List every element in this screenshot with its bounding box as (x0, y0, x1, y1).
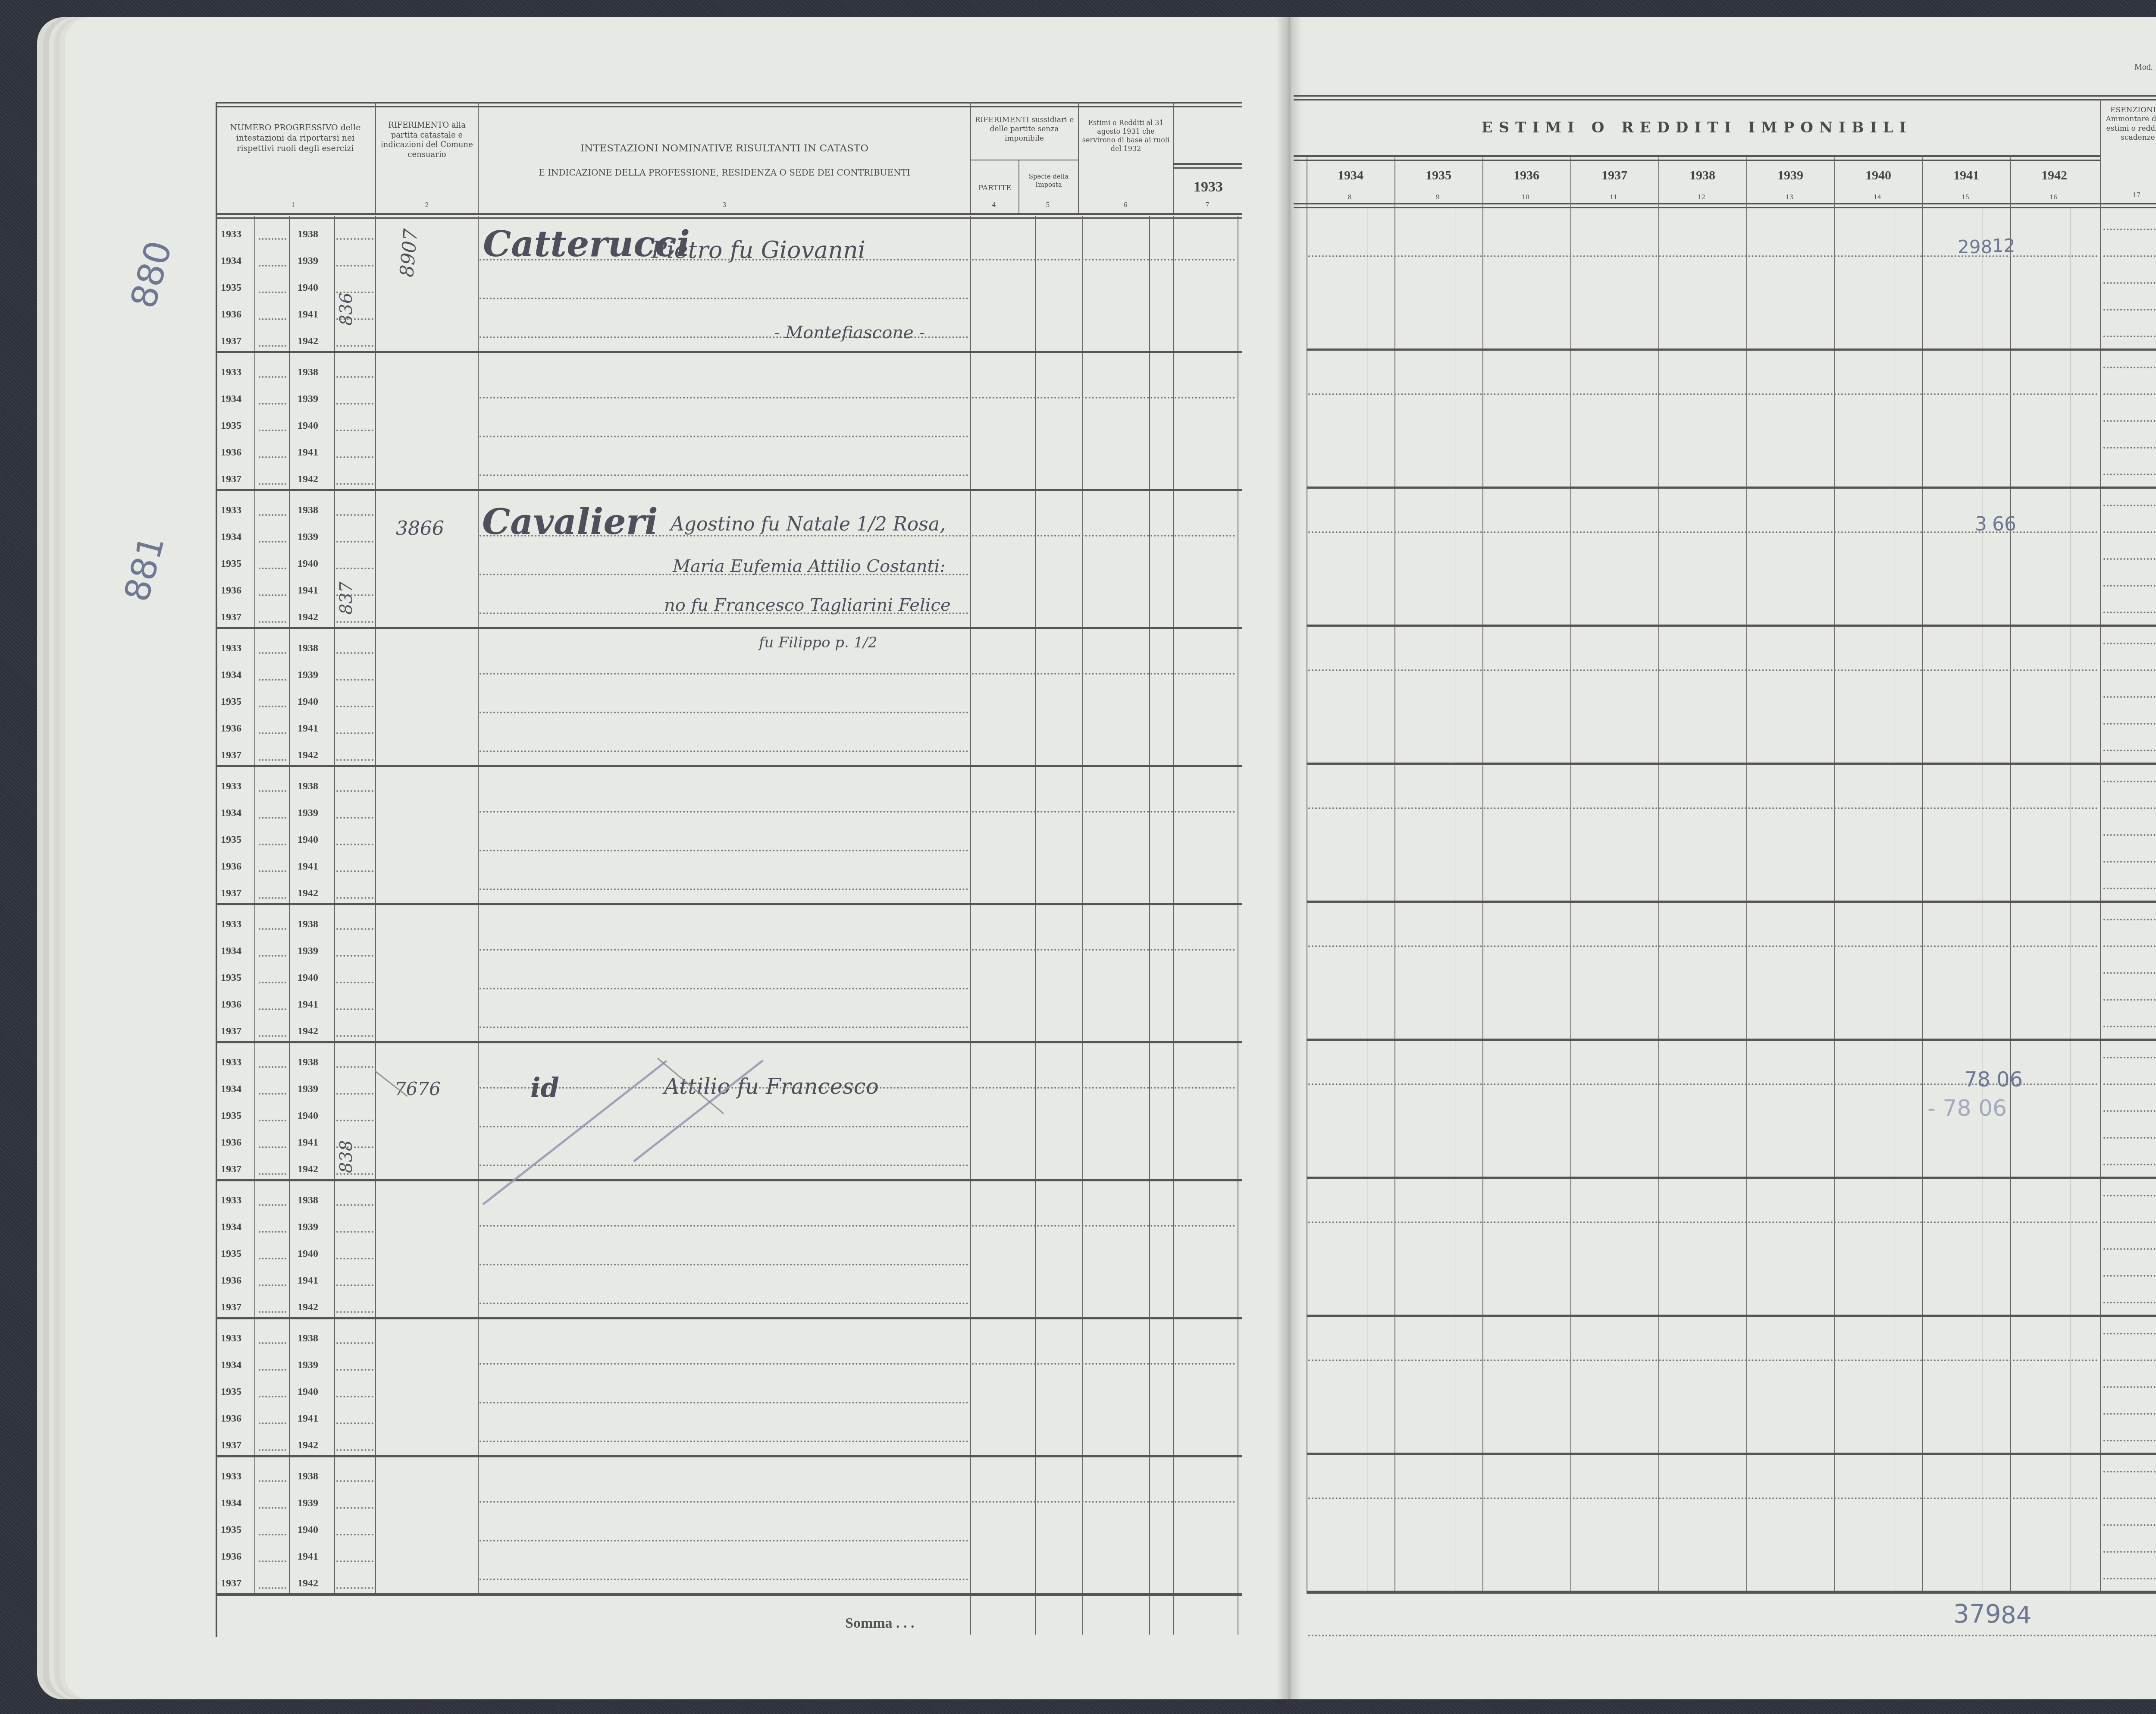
body-divider (1173, 216, 1174, 1635)
dotted-line (259, 1066, 286, 1068)
dotted-line (259, 456, 286, 458)
dotted-line (259, 679, 286, 681)
dotted-line (2103, 420, 2156, 422)
dotted-line (336, 1396, 373, 1397)
dotted-line (2103, 1524, 2156, 1526)
year-header: 1937 (1570, 168, 1658, 183)
dotted-line (479, 1402, 968, 1403)
dotted-line (336, 928, 373, 930)
column-number: 17 (2128, 192, 2145, 199)
year-right: 1942 (298, 336, 318, 347)
column-number: 7 (1199, 202, 1216, 209)
year-left: 1934 (221, 393, 241, 405)
dotted-line (2103, 367, 2156, 368)
year-left: 1937 (221, 1164, 241, 1175)
year-left: 1933 (221, 229, 241, 240)
dotted-line (336, 1342, 373, 1344)
year-left: 1937 (221, 474, 241, 485)
dotted-line (479, 298, 968, 299)
year-column-divider (1395, 157, 1395, 1594)
year-left: 1935 (221, 834, 241, 846)
block-rule (216, 765, 1242, 767)
value-1941-cents-entry-880: 12 (1992, 235, 2015, 256)
dotted-line (336, 621, 373, 623)
year-column-divider (1834, 157, 1835, 1594)
dotted-line (259, 483, 286, 485)
header-divider (375, 102, 376, 213)
dotted-line (2103, 558, 2156, 560)
body-divider (478, 216, 479, 1596)
dotted-line (2103, 1551, 2156, 1553)
dotted-line (2103, 1195, 2156, 1196)
dotted-line (336, 870, 373, 872)
year-header: 1942 (2010, 168, 2098, 183)
column-number: 15 (1957, 194, 1974, 201)
sum-top-rule (216, 1594, 1242, 1596)
dotted-line (259, 1120, 286, 1121)
year-left: 1933 (221, 781, 241, 792)
dotted-line (479, 712, 968, 713)
column-number: 14 (1869, 194, 1886, 201)
dotted-line (2103, 999, 2156, 1001)
year-left: 1936 (221, 1551, 241, 1563)
column-number: 6 (1117, 202, 1134, 209)
year-left: 1935 (221, 972, 241, 984)
dotted-line (259, 982, 286, 983)
dotted-line (479, 1165, 968, 1166)
dotted-line (336, 1173, 373, 1175)
year-left: 1933 (221, 643, 241, 654)
year-left: 1934 (221, 669, 241, 681)
year-right: 1942 (298, 1578, 318, 1589)
dotted-line (259, 955, 286, 957)
dotted-line (259, 1587, 286, 1589)
year-left: 1934 (221, 1083, 241, 1095)
year-left: 1937 (221, 750, 241, 761)
year-left: 1936 (221, 585, 241, 596)
dotted-line (259, 1560, 286, 1562)
body-divider (1238, 216, 1238, 1635)
dotted-line (1308, 1635, 2156, 1636)
year-right: 1941 (298, 1137, 318, 1149)
table-left-rule (216, 102, 217, 1637)
header-divider (1173, 102, 1174, 213)
year-column-divider (1307, 157, 1307, 1594)
dotted-line (479, 1303, 968, 1304)
dotted-line (972, 535, 1235, 537)
coowners-line-4: fu Filippo p. 1/2 (759, 634, 877, 651)
dotted-line (2103, 888, 2156, 889)
dotted-line (1308, 807, 2098, 809)
header-divider (2100, 99, 2101, 203)
dotted-line (479, 1363, 968, 1365)
year-left: 1933 (221, 1471, 241, 1482)
header-divider (970, 102, 971, 213)
dotted-line (259, 1146, 286, 1148)
dotted-line (2103, 750, 2156, 751)
dotted-line (336, 1284, 373, 1286)
coowners-line-2: Maria Eufemia Attilio Costanti: (673, 556, 946, 576)
column-number: 2 (418, 202, 436, 209)
dotted-line (479, 888, 968, 890)
block-rule (216, 1455, 1242, 1457)
dotted-line (259, 1396, 286, 1397)
year-header: 1940 (1834, 168, 1922, 183)
dotted-line (336, 514, 373, 516)
dotted-line (1308, 945, 2098, 947)
year-left: 1934 (221, 531, 241, 543)
dotted-line (336, 541, 373, 543)
dotted-line (2103, 1110, 2156, 1112)
block-rule (216, 1317, 1242, 1319)
dotted-line (1308, 393, 2098, 395)
year-right: 1938 (298, 643, 318, 654)
dotted-line (259, 1008, 286, 1010)
dotted-line (2103, 1221, 2156, 1223)
block-rule (216, 627, 1242, 629)
dotted-line (1308, 1359, 2098, 1361)
column-number: 10 (1517, 194, 1534, 201)
dotted-line (2103, 1083, 2156, 1085)
dotted-line (259, 514, 286, 516)
year-right: 1941 (298, 585, 318, 596)
catasto-ref-8907: 8907 (396, 228, 422, 278)
catasto-ref-3866: 3866 (396, 518, 444, 540)
year-left: 1937 (221, 888, 241, 899)
value-1941-correction: - 78 06 (1927, 1096, 2007, 1121)
year-right: 1938 (298, 367, 318, 378)
block-rule (1307, 1315, 2156, 1317)
dotted-line (336, 1560, 373, 1562)
dotted-line (336, 1369, 373, 1371)
column-number: 3 (716, 202, 733, 209)
year-right: 1942 (298, 750, 318, 761)
dotted-line (259, 1231, 286, 1233)
year-right: 1939 (298, 1083, 318, 1095)
year-left: 1935 (221, 1524, 241, 1536)
year-left: 1934 (221, 945, 241, 957)
given-name-pietro: Pietro fu Giovanni (651, 236, 865, 264)
year-right: 1939 (298, 1221, 318, 1233)
dotted-line (2103, 393, 2156, 395)
dotted-line (259, 1449, 286, 1451)
body-divider (1149, 216, 1150, 1635)
column-number: 5 (1039, 202, 1056, 209)
dotted-line (336, 706, 373, 707)
dotted-line (259, 318, 286, 320)
dotted-line (2103, 669, 2156, 671)
year-right: 1940 (298, 1524, 318, 1536)
dotted-line (336, 844, 373, 845)
dotted-line (2103, 723, 2156, 725)
dotted-line (336, 1480, 373, 1482)
year-right: 1939 (298, 945, 318, 957)
year-left: 1933 (221, 1057, 241, 1068)
dotted-line (972, 811, 1235, 813)
dotted-line (2103, 1164, 2156, 1165)
block-rule (1307, 1039, 2156, 1041)
value-1941-cents-entry-881: 66 (1992, 513, 2016, 535)
year-right: 1938 (298, 505, 318, 516)
block-rule (216, 903, 1242, 905)
left-page (65, 17, 1289, 1699)
year-left: 1935 (221, 1386, 241, 1398)
dotted-line (2103, 861, 2156, 863)
residence-montefiascone: - Montefiascone - (774, 323, 925, 342)
dotted-line (2103, 612, 2156, 613)
year-header: 1936 (1482, 168, 1570, 183)
dotted-line (336, 790, 373, 792)
dotted-line (2103, 1137, 2156, 1139)
year-left: 1937 (221, 1302, 241, 1313)
year-left: 1933 (221, 1195, 241, 1206)
year-left: 1934 (221, 1221, 241, 1233)
dotted-line (336, 1534, 373, 1535)
value-1941-entry-id: 78 (1964, 1067, 1990, 1092)
dotted-line (972, 949, 1235, 951)
year-left: 1936 (221, 1275, 241, 1287)
dotted-line (259, 1369, 286, 1371)
dotted-line (2103, 1359, 2156, 1361)
dotted-line (259, 1507, 286, 1509)
year-left: 1936 (221, 723, 241, 735)
dotted-line (2103, 1386, 2156, 1388)
dotted-line (259, 1258, 286, 1259)
dotted-line (336, 817, 373, 819)
right-sum-top-rule (1307, 1592, 2156, 1594)
table-top-rule (216, 102, 1242, 104)
dotted-line (2103, 1578, 2156, 1579)
dotted-line (2103, 1440, 2156, 1441)
column-number: 9 (1429, 194, 1446, 201)
dotted-line (336, 652, 373, 654)
body-divider (970, 216, 971, 1635)
year-left: 1933 (221, 505, 241, 516)
block-rule (216, 351, 1242, 353)
column-number: 13 (1781, 194, 1798, 201)
dotted-line (259, 1204, 286, 1206)
year-right: 1941 (298, 861, 318, 873)
coowners-line-1: Agostino fu Natale 1/2 Rosa, (671, 513, 946, 535)
header-divider (1078, 102, 1079, 213)
dotted-line (336, 430, 373, 431)
dotted-line (336, 568, 373, 569)
year-left: 1937 (221, 612, 241, 623)
header-specie-imposta: Specie della Imposta (1020, 173, 1077, 189)
header-year-1933: 1933 (1175, 179, 1242, 195)
year-left: 1934 (221, 1359, 241, 1371)
dotted-line (479, 1027, 968, 1028)
dotted-line (2103, 309, 2156, 311)
header-esenzioni: ESENZIONI — Ammontare degli estimi o red… (2102, 106, 2156, 142)
year-right: 1938 (298, 1057, 318, 1068)
body-divider (334, 216, 335, 1596)
dotted-line (2103, 1275, 2156, 1277)
year-left: 1935 (221, 420, 241, 432)
dotted-line (2103, 807, 2156, 809)
year-right: 1941 (298, 309, 318, 320)
year-right: 1941 (298, 1413, 318, 1425)
dotted-line (479, 397, 968, 399)
dotted-line (336, 345, 373, 347)
dotted-line (336, 483, 373, 485)
year-right: 1939 (298, 1359, 318, 1371)
year-right: 1940 (298, 1386, 318, 1398)
dotted-line (259, 265, 286, 267)
year-right: 1940 (298, 696, 318, 708)
value-1941-entry-880: 298 (1958, 236, 1992, 257)
dotted-line (336, 1587, 373, 1589)
dotted-line (972, 1225, 1235, 1227)
dotted-line (2103, 1026, 2156, 1027)
year-column-divider (1746, 157, 1747, 1594)
dotted-line (336, 403, 373, 405)
dotted-line (1308, 1497, 2098, 1499)
dotted-line (479, 1441, 968, 1442)
dotted-line (972, 1087, 1235, 1089)
dotted-line (479, 1579, 968, 1580)
block-rule (1307, 1177, 2156, 1179)
body-divider (289, 216, 290, 1596)
year-column-divider (1482, 157, 1483, 1594)
block-rule (216, 1179, 1242, 1181)
year-right: 1938 (298, 229, 318, 240)
year-header: 1941 (1922, 168, 2010, 183)
dotted-line (259, 568, 286, 569)
dotted-line (336, 376, 373, 378)
column-number: 1 (285, 202, 302, 209)
dotted-line (972, 1363, 1235, 1365)
year-right: 1942 (298, 1440, 318, 1451)
year-right: 1940 (298, 834, 318, 846)
column-number: 4 (985, 202, 1003, 209)
column-number: 11 (1605, 194, 1622, 201)
dotted-line (259, 1284, 286, 1286)
year-right: 1940 (298, 420, 318, 432)
catasto-ref-7676: 7676 (395, 1078, 441, 1099)
dotted-line (336, 1066, 373, 1068)
year-column-divider (1570, 157, 1571, 1594)
year-left: 1936 (221, 309, 241, 320)
dotted-line (259, 238, 286, 240)
header-numero-progressivo: NUMERO PROGRESSIVO delle intestazioni da… (218, 123, 373, 154)
dotted-line (259, 541, 286, 543)
exemptions-divider (2100, 203, 2101, 1594)
given-name-attilio: Attilio fu Francesco (664, 1074, 879, 1099)
year-left: 1937 (221, 1578, 241, 1589)
dotted-line (259, 621, 286, 623)
dotted-line (259, 790, 286, 792)
dotted-line (336, 1507, 373, 1509)
dotted-line (259, 817, 286, 819)
dotted-line (336, 1422, 373, 1424)
dotted-line (479, 949, 968, 951)
year-right: 1939 (298, 1497, 318, 1509)
dotted-line (259, 430, 286, 431)
year-right: 1940 (298, 1248, 318, 1260)
year-right: 1941 (298, 723, 318, 735)
year-left: 1934 (221, 255, 241, 267)
dotted-line (479, 1225, 968, 1227)
header-divider (1018, 160, 1019, 213)
dotted-line (336, 265, 373, 267)
dotted-line (2103, 585, 2156, 587)
block-rule (1307, 901, 2156, 903)
right-page (1289, 17, 2156, 1699)
year-right: 1942 (298, 612, 318, 623)
column-number: 12 (1693, 194, 1710, 201)
dotted-line (259, 594, 286, 596)
dotted-line (479, 436, 968, 437)
dotted-line (972, 259, 1235, 261)
year-left: 1936 (221, 1137, 241, 1149)
year-right: 1940 (298, 282, 318, 294)
dotted-line (479, 1126, 968, 1127)
dotted-line (259, 1534, 286, 1535)
sum-1941: 379 (1953, 1599, 2001, 1629)
year-right: 1941 (298, 999, 318, 1011)
year-left: 1937 (221, 1440, 241, 1451)
year-right: 1938 (298, 781, 318, 792)
year-left: 1935 (221, 558, 241, 570)
dotted-line (259, 1093, 286, 1095)
header-subrule (970, 160, 1078, 160)
dotted-line (336, 456, 373, 458)
partita-ref-836: 836 (336, 293, 356, 326)
dotted-line (479, 1501, 968, 1503)
dotted-line (2103, 643, 2156, 644)
dotted-line (259, 1422, 286, 1424)
year-right: 1940 (298, 1110, 318, 1122)
year-header: 1938 (1658, 168, 1746, 183)
dotted-line (259, 1173, 286, 1175)
dotted-line (479, 474, 968, 476)
dotted-line (2103, 1248, 2156, 1250)
year-right: 1938 (298, 919, 318, 930)
dotted-line (479, 673, 968, 675)
header-riferimento: RIFERIMENTO alla partita catastale e ind… (377, 121, 476, 160)
year-header: 1935 (1395, 168, 1482, 183)
block-rule (1307, 487, 2156, 489)
dotted-line (2103, 696, 2156, 698)
year-left: 1937 (221, 336, 241, 347)
year-left: 1934 (221, 1497, 241, 1509)
dotted-line (2103, 505, 2156, 506)
year-right: 1941 (298, 447, 318, 458)
right-header-bottom-rule (1294, 203, 2156, 204)
year-right: 1942 (298, 1164, 318, 1175)
body-divider (1035, 216, 1036, 1635)
year-left: 1936 (221, 1413, 241, 1425)
year-right: 1941 (298, 1275, 318, 1287)
header-riferimenti-sussidiari: RIFERIMENTI sussidiari e delle partite s… (971, 116, 1077, 143)
year-right: 1939 (298, 669, 318, 681)
year-left: 1936 (221, 861, 241, 873)
dotted-line (2103, 1497, 2156, 1499)
dotted-line (2103, 229, 2156, 230)
dotted-line (972, 397, 1235, 399)
year-left: 1933 (221, 919, 241, 930)
dotted-line (2103, 781, 2156, 782)
year-column-divider (1922, 157, 1923, 1594)
dotted-line (2103, 945, 2156, 947)
year-header: 1934 (1307, 168, 1395, 183)
book-gutter (1276, 17, 1302, 1699)
dotted-line (479, 1540, 968, 1541)
dotted-line (259, 897, 286, 899)
sum-label: Somma . . . (845, 1615, 915, 1632)
dotted-line (2103, 336, 2156, 337)
